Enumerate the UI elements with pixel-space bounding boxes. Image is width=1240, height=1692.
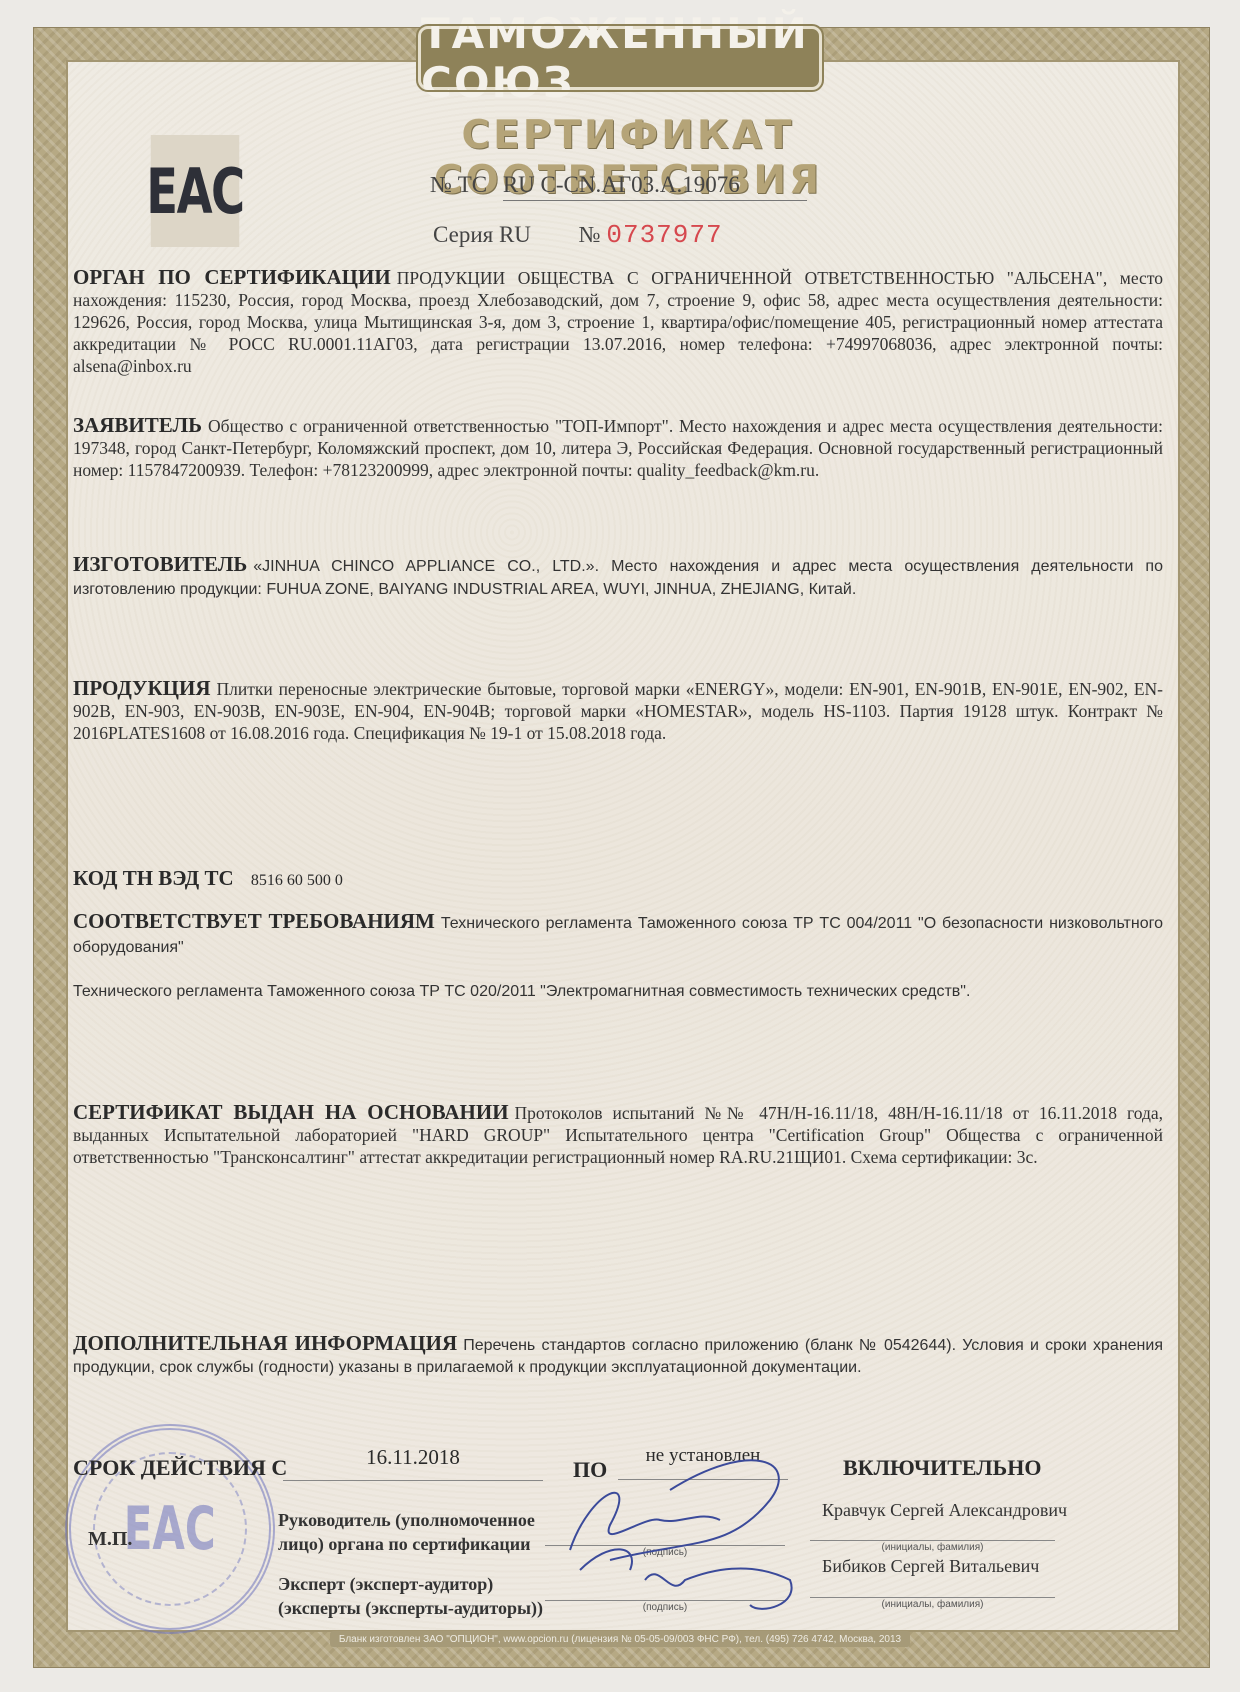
- expert-signatory-label: Эксперт (эксперт-аудитор) (эксперты (экс…: [278, 1572, 543, 1620]
- tc-number-line: № ТС RU С-CN.АГ03.А.19076: [430, 172, 807, 201]
- series-line: Серия RU № 0737977: [433, 220, 723, 250]
- expert-name-caption: (инициалы, фамилия): [810, 1597, 1055, 1610]
- expert-signatory-name: Бибиков Сергей Витальевич: [822, 1556, 1039, 1577]
- section-text: Технического регламента Таможенного союз…: [73, 983, 970, 1000]
- eac-logo: ЕАС: [151, 135, 240, 247]
- validity-from-value: 16.11.2018: [283, 1445, 543, 1481]
- tc-number-value: RU С-CN.АГ03.А.19076: [503, 172, 807, 201]
- section-head: ИЗГОТОВИТЕЛЬ: [73, 552, 247, 576]
- serial-number-value: 0737977: [606, 220, 722, 250]
- section-manufacturer: ИЗГОТОВИТЕЛЬ«JINHUA CHINCO APPLIANCE CO.…: [73, 553, 1163, 601]
- section-head: ОРГАН ПО СЕРТИФИКАЦИИ: [73, 265, 391, 289]
- code-label: КОД ТН ВЭД ТС: [73, 866, 234, 890]
- section-head: ЗАЯВИТЕЛЬ: [73, 413, 202, 437]
- section-code: КОД ТН ВЭД ТС 8516 60 500 0: [73, 866, 343, 891]
- handwritten-signatures: [550, 1430, 810, 1630]
- section-certification-body: ОРГАН ПО СЕРТИФИКАЦИИПРОДУКЦИИ ОБЩЕСТВА …: [73, 266, 1163, 377]
- section-head: СООТВЕТСТВУЕТ ТРЕБОВАНИЯМ: [73, 909, 435, 933]
- head-name-caption: (инициалы, фамилия): [810, 1540, 1055, 1553]
- validity-inclusive: ВКЛЮЧИТЕЛЬНО: [843, 1455, 1041, 1481]
- customs-union-banner: ТАМОЖЕННЫЙ СОЮЗ: [418, 26, 822, 90]
- series-label: Серия RU: [433, 222, 531, 247]
- section-head: ДОПОЛНИТЕЛЬНАЯ ИНФОРМАЦИЯ: [73, 1331, 457, 1355]
- stamp-place-label: М.П.: [88, 1528, 132, 1551]
- section-additional: ДОПОЛНИТЕЛЬНАЯ ИНФОРМАЦИЯПеречень станда…: [73, 1332, 1163, 1379]
- tc-number-label: № ТС: [430, 172, 487, 197]
- section-head: ПРОДУКЦИЯ: [73, 676, 211, 700]
- form-printer-footer: Бланк изготовлен ЗАО "ОПЦИОН", www.opcio…: [330, 1631, 910, 1647]
- head-signatory-label: Руководитель (уполномоченное лицо) орган…: [278, 1508, 535, 1556]
- expert-label-line-2: (эксперты (эксперты-аудиторы)): [278, 1596, 543, 1620]
- section-text: Общество с ограниченной ответственностью…: [73, 416, 1163, 480]
- head-signatory-name: Кравчук Сергей Александрович: [822, 1500, 1067, 1521]
- section-applicant: ЗАЯВИТЕЛЬОбщество с ограниченной ответст…: [73, 414, 1163, 481]
- serial-number-label: №: [579, 222, 601, 247]
- head-label-line-2: лицо) органа по сертификации: [278, 1532, 535, 1556]
- section-conforms-2: Технического регламента Таможенного союз…: [73, 980, 1163, 1004]
- section-conforms: СООТВЕТСТВУЕТ ТРЕБОВАНИЯМТехнического ре…: [73, 909, 1163, 960]
- section-text: Плитки переносные электрические бытовые,…: [73, 679, 1163, 743]
- code-value: 8516 60 500 0: [251, 872, 343, 889]
- validity-from-label: СРОК ДЕЙСТВИЯ С: [73, 1455, 287, 1481]
- expert-label-line-1: Эксперт (эксперт-аудитор): [278, 1572, 543, 1596]
- section-product: ПРОДУКЦИЯПлитки переносные электрические…: [73, 677, 1163, 744]
- stamp-eac-logo: ЕАС: [124, 1494, 216, 1564]
- head-label-line-1: Руководитель (уполномоченное: [278, 1508, 535, 1532]
- section-head: СЕРТИФИКАТ ВЫДАН НА ОСНОВАНИИ: [73, 1100, 509, 1124]
- section-basis: СЕРТИФИКАТ ВЫДАН НА ОСНОВАНИИПротоколов …: [73, 1101, 1163, 1168]
